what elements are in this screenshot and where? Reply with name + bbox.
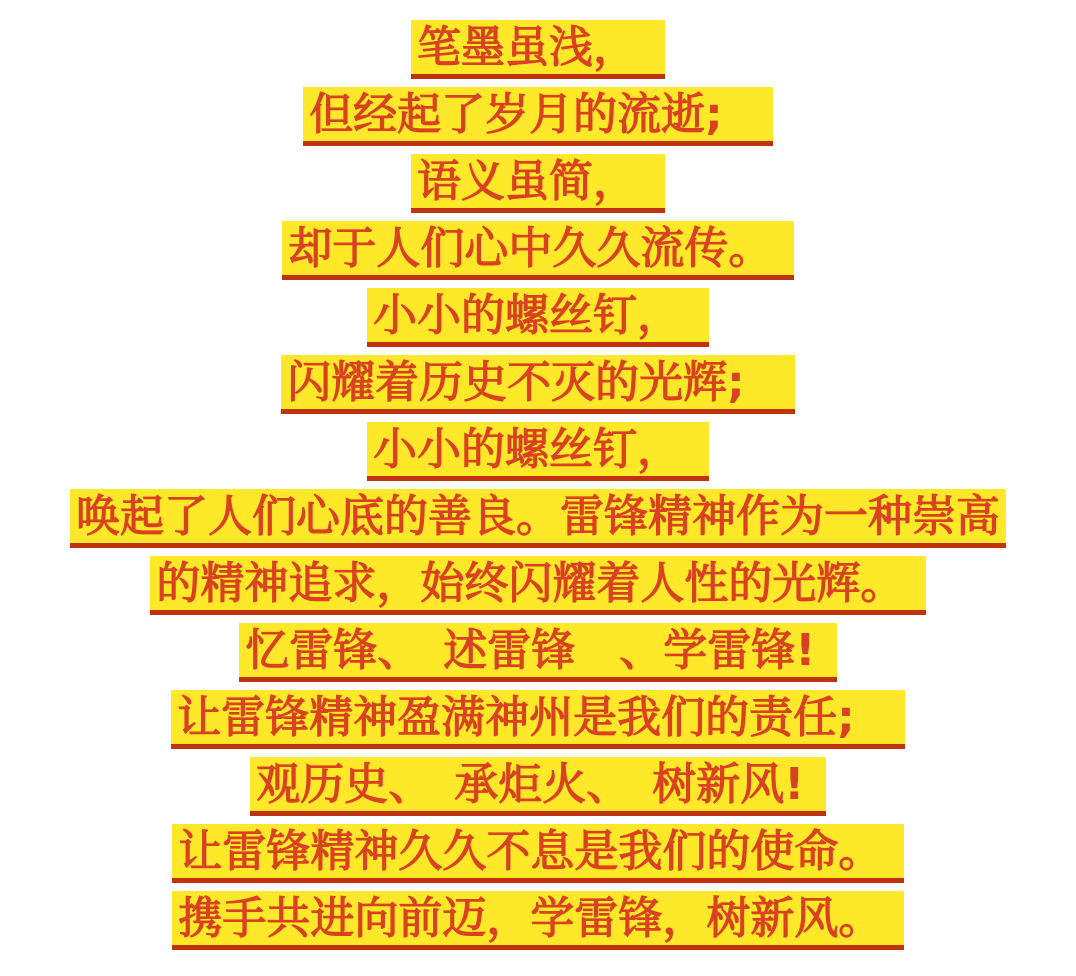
poem-line-text: 携手共进向前迈，学雷锋，树新风。 — [172, 891, 903, 950]
poem-line-text: 唤起了人们心底的善良。雷锋精神作为一种崇高 — [70, 489, 1006, 548]
poem-line-text: 语义虽简， — [411, 154, 665, 213]
poem-line-text: 让雷锋精神久久不息是我们的使命。 — [172, 824, 903, 883]
poem-line: 小小的螺丝钉， — [0, 422, 1076, 481]
poem-line: 观历史、 承炬火、 树新风! — [0, 757, 1076, 816]
poem-line: 但经起了岁月的流逝; — [0, 87, 1076, 146]
poem-line: 笔墨虽浅， — [0, 20, 1076, 79]
poem-line-text: 小小的螺丝钉， — [367, 422, 709, 481]
poem-line-text: 却于人们心中久久流传。 — [282, 221, 793, 280]
poem-line: 忆雷锋、 述雷锋 、学雷锋! — [0, 623, 1076, 682]
poem-line-text: 的精神追求，始终闪耀着人性的光辉。 — [150, 556, 925, 615]
poem: 笔墨虽浅， 但经起了岁月的流逝; 语义虽简， 却于人们心中久久流传。 小小的螺丝… — [0, 0, 1076, 950]
poem-line-text: 让雷锋精神盈满神州是我们的责任; — [171, 690, 905, 749]
poem-line-text: 忆雷锋、 述雷锋 、学雷锋! — [239, 623, 836, 682]
poem-line: 语义虽简， — [0, 154, 1076, 213]
poem-line: 的精神追求，始终闪耀着人性的光辉。 — [0, 556, 1076, 615]
poem-line: 让雷锋精神盈满神州是我们的责任; — [0, 690, 1076, 749]
poem-line: 小小的螺丝钉， — [0, 288, 1076, 347]
poem-line-text: 闪耀着历史不灭的光辉; — [281, 355, 795, 414]
poem-line: 让雷锋精神久久不息是我们的使命。 — [0, 824, 1076, 883]
poem-line: 闪耀着历史不灭的光辉; — [0, 355, 1076, 414]
poem-line-text: 但经起了岁月的流逝; — [303, 87, 773, 146]
poem-line: 却于人们心中久久流传。 — [0, 221, 1076, 280]
poem-line: 携手共进向前迈，学雷锋，树新风。 — [0, 891, 1076, 950]
poem-line: 唤起了人们心底的善良。雷锋精神作为一种崇高 — [0, 489, 1076, 548]
poem-line-text: 小小的螺丝钉， — [367, 288, 709, 347]
poem-line-text: 笔墨虽浅， — [411, 20, 665, 79]
poem-line-text: 观历史、 承炬火、 树新风! — [250, 757, 825, 816]
